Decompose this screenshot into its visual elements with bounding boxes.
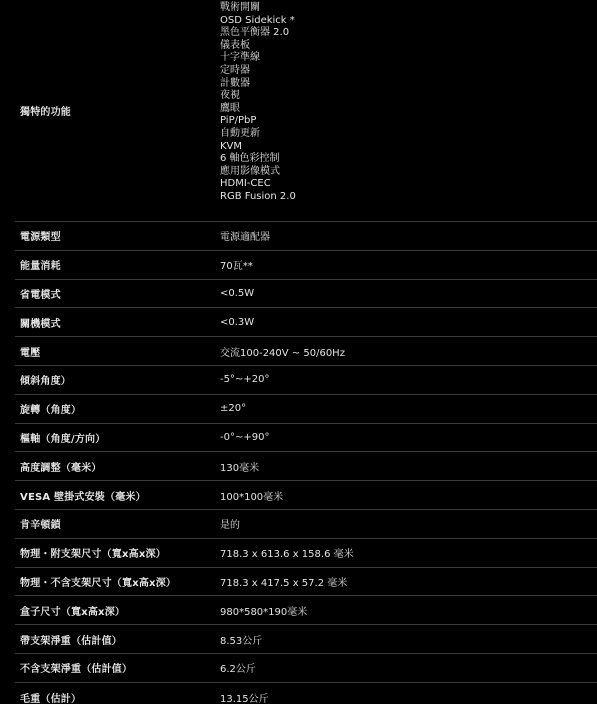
spec-value: 交流100-240V ~ 50/60Hz xyxy=(220,344,597,359)
feature-item: 夜視 xyxy=(220,90,597,103)
spec-value: -0°~+90° xyxy=(220,432,597,443)
spec-label: 高度調整（毫米） xyxy=(15,459,220,474)
spec-row-tilt: 傾斜角度） -5°~+20° xyxy=(15,366,597,395)
feature-item: 鷹眼 xyxy=(220,103,597,116)
spec-row-height-adjust: 高度調整（毫米） 130毫米 xyxy=(15,452,597,481)
spec-label: 電壓 xyxy=(15,344,220,359)
spec-row-dimensions-without-stand: 物理・不含支架尺寸（寬x高x深） 718.3 x 417.5 x 57.2 毫米 xyxy=(15,568,597,597)
spec-row-net-weight-without-stand: 不含支架淨重（估計值） 6.2公斤 xyxy=(15,654,597,683)
spec-label: 電源類型 xyxy=(15,228,220,243)
feature-item: 6 軸色彩控制 xyxy=(220,153,597,166)
spec-value: 100*100毫米 xyxy=(220,488,597,503)
spec-label: 關機模式 xyxy=(15,315,220,330)
spec-row-power-consumption: 能量消耗 70瓦** xyxy=(15,251,597,280)
feature-item: 黑色平衡器 2.0 xyxy=(220,27,597,40)
spec-row-pivot: 樞軸（角度/方向） -0°~+90° xyxy=(15,424,597,453)
feature-item: 應用影像模式 xyxy=(220,166,597,179)
spec-label: 樞軸（角度/方向） xyxy=(15,430,220,445)
spec-value: ±20° xyxy=(220,403,597,414)
spec-value: 718.3 x 613.6 x 158.6 毫米 xyxy=(220,545,597,560)
feature-item: 計數器 xyxy=(220,78,597,91)
spec-value: 13.15公斤 xyxy=(220,690,597,704)
spec-label: 盒子尺寸（寬x高x深） xyxy=(15,603,220,618)
spec-row-net-weight-with-stand: 帶支架淨重（估計值） 8.53公斤 xyxy=(15,625,597,654)
spec-value: 70瓦** xyxy=(220,257,597,272)
spec-row-unique-features: 獨特的功能 戰術開關 OSD Sidekick * 黑色平衡器 2.0 儀表板 … xyxy=(15,0,597,222)
spec-label: 旋轉（角度） xyxy=(15,401,220,416)
feature-item: 儀表板 xyxy=(220,40,597,53)
spec-value: 718.3 x 417.5 x 57.2 毫米 xyxy=(220,574,597,589)
spec-value: 980*580*190毫米 xyxy=(220,603,597,618)
spec-table: 獨特的功能 戰術開關 OSD Sidekick * 黑色平衡器 2.0 儀表板 … xyxy=(15,0,597,704)
spec-label: 不含支架淨重（估計值） xyxy=(15,660,220,675)
feature-item: OSD Sidekick * xyxy=(220,15,597,28)
spec-value: 130毫米 xyxy=(220,459,597,474)
spec-row-swivel: 旋轉（角度） ±20° xyxy=(15,395,597,424)
spec-label: 獨特的功能 xyxy=(15,103,220,118)
feature-item: 定時器 xyxy=(220,65,597,78)
spec-label: 物理・附支架尺寸（寬x高x深） xyxy=(15,545,220,560)
spec-label: 肯辛頓鎖 xyxy=(15,516,220,531)
spec-label: 能量消耗 xyxy=(15,257,220,272)
spec-row-power-type: 電源類型 電源適配器 xyxy=(15,222,597,251)
feature-item: KVM xyxy=(220,141,597,154)
spec-row-dimensions-with-stand: 物理・附支架尺寸（寬x高x深） 718.3 x 613.6 x 158.6 毫米 xyxy=(15,539,597,568)
spec-label: 傾斜角度） xyxy=(15,372,220,387)
spec-row-voltage: 電壓 交流100-240V ~ 50/60Hz xyxy=(15,337,597,366)
spec-row-power-off: 關機模式 <0.3W xyxy=(15,308,597,337)
spec-value: -5°~+20° xyxy=(220,374,597,385)
spec-label: 省電模式 xyxy=(15,286,220,301)
spec-value: 電源適配器 xyxy=(220,228,597,243)
feature-item: PiP/PbP xyxy=(220,115,597,128)
spec-label: VESA 壁掛式安裝（毫米） xyxy=(15,488,220,503)
spec-row-gross-weight: 毛重（估計） 13.15公斤 xyxy=(15,683,597,704)
spec-row-vesa: VESA 壁掛式安裝（毫米） 100*100毫米 xyxy=(15,481,597,510)
spec-label: 帶支架淨重（估計值） xyxy=(15,632,220,647)
feature-item: RGB Fusion 2.0 xyxy=(220,191,597,204)
spec-value: <0.5W xyxy=(220,288,597,299)
feature-item: 戰術開關 xyxy=(220,2,597,15)
spec-row-kensington: 肯辛頓鎖 是的 xyxy=(15,510,597,539)
spec-value: 6.2公斤 xyxy=(220,660,597,675)
spec-value: 8.53公斤 xyxy=(220,632,597,647)
spec-label: 物理・不含支架尺寸（寬x高x深） xyxy=(15,574,220,589)
spec-row-power-saving: 省電模式 <0.5W xyxy=(15,280,597,309)
spec-row-box-dimensions: 盒子尺寸（寬x高x深） 980*580*190毫米 xyxy=(15,596,597,625)
spec-label: 毛重（估計） xyxy=(15,690,220,704)
feature-item: 十字準線 xyxy=(220,52,597,65)
feature-item: 自動更新 xyxy=(220,128,597,141)
spec-value: 是的 xyxy=(220,516,597,531)
unique-features-list: 戰術開關 OSD Sidekick * 黑色平衡器 2.0 儀表板 十字準線 定… xyxy=(220,0,597,204)
spec-value: <0.3W xyxy=(220,317,597,328)
feature-item: HDMI-CEC xyxy=(220,178,597,191)
